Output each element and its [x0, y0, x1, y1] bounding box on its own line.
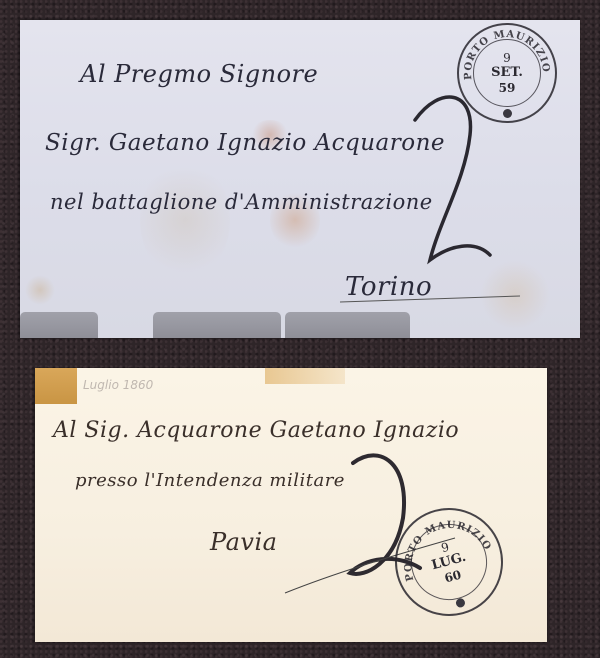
- postmark-dot: [503, 109, 512, 118]
- foxing-stain: [140, 160, 230, 280]
- mounting-tape: [20, 312, 98, 338]
- lower-cover: Luglio 1860 Al Sig. Acquarone Gaetano Ig…: [35, 368, 547, 642]
- mounting-tape: [35, 368, 77, 404]
- foxing-stain: [480, 260, 550, 330]
- destination-town: Torino: [345, 272, 432, 302]
- postmark: PORTO MAURIZIO 9 SET. 59: [457, 23, 557, 123]
- pencil-note: Luglio 1860: [83, 378, 153, 392]
- mounting-tape: [285, 312, 410, 338]
- postmark-year: 59: [459, 81, 555, 95]
- address-line: presso l'Intendenza militare: [75, 470, 345, 491]
- postmark-day: 9: [459, 51, 555, 65]
- address-line: Sigr. Gaetano Ignazio Acquarone: [45, 130, 445, 156]
- postmark-month: SET.: [459, 65, 555, 80]
- address-line: nel battaglione d'Amministrazione: [50, 190, 433, 214]
- upper-cover: Al Pregmo Signore Sigr. Gaetano Ignazio …: [20, 20, 580, 338]
- mounting-tape: [153, 312, 281, 338]
- address-line: Al Pregmo Signore: [80, 60, 318, 88]
- postmark: PORTO MAURIZIO 9 LUG. 60: [383, 496, 515, 628]
- address-line: Al Sig. Acquarone Gaetano Ignazio: [53, 418, 459, 443]
- foxing-stain: [265, 368, 345, 384]
- destination-town: Pavia: [210, 528, 277, 556]
- foxing-stain: [25, 275, 55, 305]
